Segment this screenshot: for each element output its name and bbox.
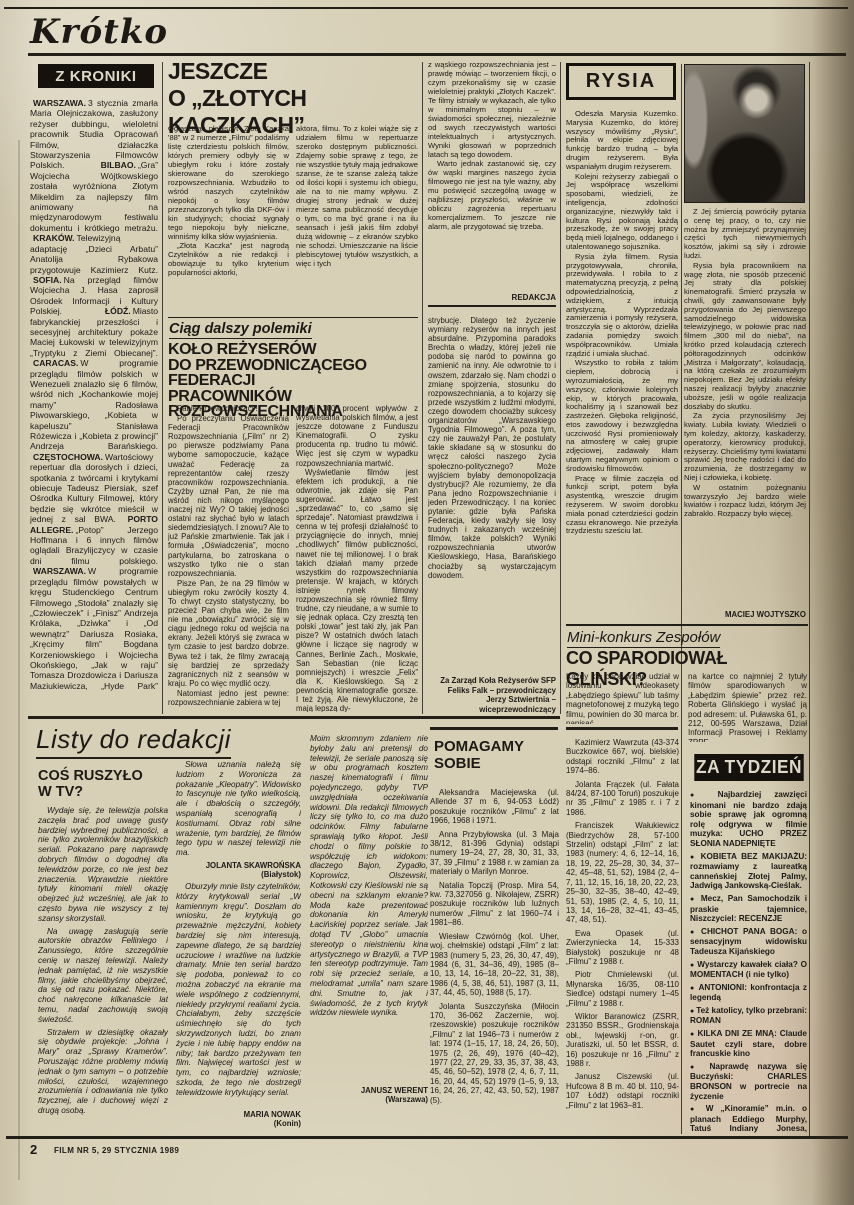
kronika-entry: „Gra” Wojciecha Wójtkowskiego została wy… — [30, 160, 158, 232]
kronika-city: SOFIA. — [33, 275, 62, 285]
paragraph: aktora, filmu. To z kolei wiąże się z ud… — [296, 124, 418, 268]
letters-col1: Wydaje się, że telewizja polska zaczęła … — [38, 806, 168, 1130]
letter-signature-name: MARIA NOWAK — [176, 1110, 301, 1119]
footer-issue-line: FILM NR 5, 29 STYCZNIA 1989 — [54, 1146, 179, 1155]
classified-ad: Wiesław Czwórnóg (kol. Uher, woj. chełms… — [430, 932, 559, 998]
zatydzien-item: Naprawdę nazywa się Buczyński: CHARLES B… — [690, 1062, 807, 1101]
pomagamy-title-line2: SOBIE — [434, 755, 524, 772]
konkurs-col2: na kartce co najmniej 2 tytuły filmów sp… — [688, 672, 807, 742]
letter-signature-name: JOLANTA SKAWROŃSKA — [176, 861, 301, 870]
paragraph: na kartce co najmniej 2 tytuły filmów sp… — [688, 672, 807, 742]
kronika-city: WARSZAWA. — [33, 98, 86, 108]
kronika-city: ŁÓDŹ. — [105, 306, 131, 316]
zatydzien-item: KOBIETA BEZ MAKIJAŻU: rozmawiamy z laure… — [690, 852, 807, 891]
paragraph: Wyświetlanie filmów jest efektem ich pro… — [296, 468, 418, 712]
pomagamy-title: POMAGAMY SOBIE — [434, 738, 524, 772]
paragraph: z wąskiego rozpowszechniania jest – praw… — [428, 60, 556, 159]
page-edge-rule — [809, 62, 810, 1136]
paragraph: Panie Przewodniczący! — [168, 404, 289, 413]
letter1-title-line2: W TV? — [38, 784, 143, 800]
classified-ad: Piotr Chmielewski (ul. Młynarska 16/35, … — [566, 970, 679, 1008]
classified-ad: Natalia Topczij (Prosp. Mira 54, kw. 73,… — [430, 881, 559, 928]
kronika-entry: W programie przeglądu filmów polskich w … — [30, 358, 158, 451]
paragraph: Odeszła Marysia Kuzemko. Marysia Kuzemko… — [566, 110, 678, 172]
section-rule — [430, 727, 558, 730]
letter-signature-city: (Warszawa) — [310, 1095, 428, 1104]
rysia-signature: MACIEJ WOJTYSZKO — [684, 611, 806, 620]
polemika-signature-2: Jerzy Sztwiertnia – wiceprzewodniczący — [428, 695, 556, 714]
paragraph: Po przeczytaniu Oświadczenia Federacji P… — [168, 414, 289, 578]
paragraph: Wszystko to robiła z takim ciepłem, dobr… — [566, 359, 678, 473]
section-rule — [168, 317, 418, 318]
top-rule — [4, 7, 848, 9]
classified-ad: Wiktor Baranowicz (ZSRR, 231350 BSSR., G… — [566, 1012, 679, 1068]
kaczki-signature: REDAKCJA — [428, 293, 556, 302]
newspaper-page: Krótko Z KRONIKI WARSZAWA.3 stycznia zma… — [0, 0, 854, 1205]
ink-bleed-smudge — [740, 300, 810, 520]
paragraph: chwili 100 procent wpływów z wyświetlani… — [296, 404, 418, 468]
letter1-title: COŚ RUSZYŁO W TV? — [38, 768, 143, 800]
masthead-rule — [28, 53, 846, 56]
masthead-krotko: Krótko — [30, 12, 168, 52]
footer-rule — [6, 1136, 848, 1139]
band-rule — [28, 716, 560, 719]
section-rule — [566, 624, 808, 626]
paragraph: Wydaje się, że telewizja polska zaczęła … — [38, 806, 168, 924]
kaczki-col2: aktora, filmu. To z kolei wiąże się z ud… — [296, 124, 418, 317]
classified-ad: Anna Przybyłowska (ul. 3 Maja 38/12, 81-… — [430, 830, 559, 877]
paragraph: Rysia żyła filmem. Rysia przygotowywała,… — [566, 253, 678, 359]
polemika-col3: strybucję. Dlatego też życzenie wymiany … — [428, 316, 556, 714]
kronika-city: CARACAS. — [33, 358, 78, 368]
zatydzien-item: Też katolicy, tylko przebrani: ROMAN — [690, 1006, 807, 1026]
section-rule — [566, 727, 678, 730]
classified-ad: Kazimierz Wawrzuta (43-374 Buczkowice 66… — [566, 738, 679, 776]
zatydzien-item: CHICHOT PANA BOGA: o sensacyjnym widowis… — [690, 927, 807, 957]
kronika-column: WARSZAWA.3 stycznia zmarła Maria Olejnic… — [30, 98, 158, 692]
paragraph: Natomiast jedno jest pewne: rozpowszechn… — [168, 689, 289, 707]
konkurs-kicker: Mini-konkurs Zespołów — [567, 629, 720, 648]
zatydzien-item: ANTONIONI: konfrontacja z legendą — [690, 983, 807, 1003]
zatydzien-item: W „Kinoramie” m.in. o planach Eddiego Mu… — [690, 1104, 807, 1134]
page-number: 2 — [30, 1142, 37, 1157]
paragraph: Pisze Pan, że na 29 filmów w ubiegłym ro… — [168, 579, 289, 688]
paragraph: strybucję. Dlatego też życzenie wymiany … — [428, 316, 556, 580]
zatydzien-column: Najbardziej zawzięci kinomani nie bardzo… — [690, 790, 807, 1134]
classified-ad: Jolanta Frączek (ul. Fałata 84/24, 87-10… — [566, 780, 679, 818]
classified-ad: Ewa Opasek (ul. Zwierzyniecka 14, 15-333… — [566, 929, 679, 967]
zatydzien-item: Wystarczy kawałek ciała? O MOMENTACH (i … — [690, 960, 807, 980]
column-divider — [681, 64, 682, 1134]
zatydzien-item: KILKA DNI ZE MNĄ: Claude Sautet czyli st… — [690, 1029, 807, 1059]
paragraph: Kolejni reżyserzy zabiegali o Jej współp… — [566, 173, 678, 252]
zatydzien-header: ZA TYDZIEŃ — [696, 757, 802, 778]
letter-signature-city: (Konin) — [176, 1119, 301, 1128]
letter-signature-city: (Białystok) — [176, 870, 301, 879]
page-fold-line — [18, 140, 20, 1180]
classified-ad: Janusz Ciszewski (ul. Hufcowa 8 B m. 40 … — [566, 1072, 679, 1110]
zatydzien-header-box: ZA TYDZIEŃ — [694, 754, 803, 781]
kronika-entry: W programie przeglądu filmów powstałych … — [30, 566, 158, 692]
kronika-header-box: Z KRONIKI — [38, 64, 154, 88]
kaczki-col3: z wąskiego rozpowszechniania jest – praw… — [428, 60, 556, 302]
paragraph: Moim skromnym zdaniem nie byłoby żalu an… — [310, 734, 428, 1018]
kronika-city: KRAKÓW. — [33, 233, 75, 243]
classified-ad: Franciszek Wałukiewicz (Biedrzychów 28, … — [566, 821, 679, 924]
polemika-kicker: Ciąg dalszy polemiki — [169, 321, 312, 339]
paragraph: Oburzyły mnie listy czytelników, którzy … — [176, 882, 301, 1098]
listy-header: Listy do redakcji — [36, 724, 231, 759]
pomagamy-col1: Aleksandra Maciejewska (ul. Allende 37 m… — [430, 788, 559, 1140]
polemika-col2: chwili 100 procent wpływów z wyświetlani… — [296, 404, 418, 712]
letters-col3: Moim skromnym zdaniem nie byłoby żalu an… — [310, 734, 428, 1104]
rysia-header: RYSIA — [586, 70, 656, 93]
kronika-header: Z KRONIKI — [55, 68, 136, 85]
rysia-col1: Odeszła Marysia Kuzemko. Marysia Kuzemko… — [566, 110, 678, 618]
kronika-city: WARSZAWA. — [33, 566, 86, 576]
paragraph: Z Jej śmiercią powróciły pytania o cenę … — [684, 208, 806, 261]
classified-ad: Aleksandra Maciejewska (ul. Allende 37 m… — [430, 788, 559, 826]
paragraph: Pracę w filmie zaczęła od funkcji script… — [566, 475, 678, 537]
paragraph: Każdy kto chce wziąć udział w losowaniu … — [566, 672, 679, 724]
section-rule — [428, 305, 556, 307]
kronika-city: BILBAO. — [101, 160, 136, 170]
kaczki-headline-line1: JESZCZE — [168, 58, 422, 85]
classified-ad: Jolanta Suszczyńska (Miłocin 170, 36-062… — [430, 1002, 559, 1105]
rysia-photo — [684, 64, 805, 203]
polemika-headline-line1: KOŁO REŻYSERÓW — [168, 342, 426, 358]
letter-signature-name: JANUSZ WERENT — [310, 1086, 428, 1095]
kronika-city: CZĘSTOCHOWA. — [33, 452, 103, 462]
rysia-header-box: RYSIA — [566, 63, 676, 100]
pomagamy-title-line1: POMAGAMY — [434, 738, 524, 755]
paragraph: Strzałem w dziesiątkę okazały się obydwi… — [38, 1028, 168, 1116]
scan-edge-shadow — [812, 0, 854, 1205]
zatydzien-item: Najbardziej zawzięci kinomani nie bardzo… — [690, 790, 807, 849]
paragraph: „Złota Kaczka” jest nagrodą Czytelników … — [168, 241, 289, 277]
paragraph: Na uwagę zasługują serie autorskie obraz… — [38, 927, 168, 1025]
paragraph: Słowa uznania należą się ludziom z Woron… — [176, 760, 301, 858]
polemika-headline-line2: DO PRZEWODNICZĄCEGO FEDERACJI — [168, 358, 426, 389]
polemika-signature-1: Feliks Falk – przewodniczący — [428, 686, 556, 696]
zatydzien-item: Mecz, Pan Samochodzik i praskie tajemnic… — [690, 894, 807, 924]
konkurs-col1: Każdy kto chce wziąć udział w losowaniu … — [566, 672, 679, 724]
paragraph: Warto jednak zastanowić się, czy ów wąsk… — [428, 159, 556, 231]
polemika-col1: Panie Przewodniczący! Po przeczytaniu Oś… — [168, 404, 289, 712]
column-divider — [560, 62, 561, 714]
kaczki-col1: Ogłaszając plebiscyt „Złota Kaczka '88” … — [168, 124, 289, 316]
paragraph: Ogłaszając plebiscyt „Złota Kaczka '88” … — [168, 124, 289, 241]
column-divider — [162, 62, 163, 714]
letter1-title-line1: COŚ RUSZYŁO — [38, 768, 143, 784]
letters-col2: Słowa uznania należą się ludziom z Woron… — [176, 760, 301, 1128]
pomagamy-col2: Kazimierz Wawrzuta (43-374 Buczkowice 66… — [566, 738, 679, 1134]
polemika-signature-org: Za Zarząd Koła Reżyserów SFP — [428, 676, 556, 686]
